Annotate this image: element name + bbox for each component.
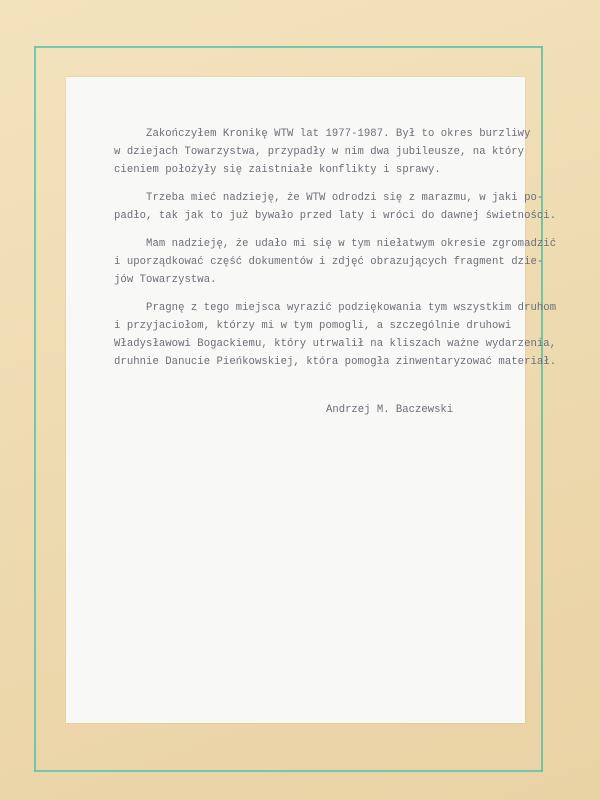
typed-sheet: Zakończyłem Kronikę WTW lat 1977-1987. B… <box>66 77 525 723</box>
text-line: druhnie Danucie Pieńkowskiej, która pomo… <box>114 353 514 371</box>
text-line: Zakończyłem Kronikę WTW lat 1977-1987. B… <box>114 125 514 143</box>
paragraph-1: Zakończyłem Kronikę WTW lat 1977-1987. B… <box>114 125 514 179</box>
text-line: padło, tak jak to już bywało przed laty … <box>114 207 514 225</box>
text-line: Mam nadzieję, że udało mi się w tym nieł… <box>114 235 514 253</box>
frame-line-right <box>541 46 543 772</box>
paragraph-4: Pragnę z tego miejsca wyrazić podziękowa… <box>114 299 514 371</box>
text-line: i uporządkować część dokumentów i zdjęć … <box>114 253 514 271</box>
letter-body: Zakończyłem Kronikę WTW lat 1977-1987. B… <box>114 125 514 381</box>
text-line: w dziejach Towarzystwa, przypadły w nim … <box>114 143 514 161</box>
text-line: cieniem położyły się zaistniałe konflikt… <box>114 161 514 179</box>
text-line: Trzeba mieć nadzieję, że WTW odrodzi się… <box>114 189 514 207</box>
signature: Andrzej M. Baczewski <box>326 404 453 416</box>
text-line: i przyjaciołom, którzy mi w tym pomogli,… <box>114 317 514 335</box>
frame-line-left <box>34 46 36 772</box>
paragraph-2: Trzeba mieć nadzieję, że WTW odrodzi się… <box>114 189 514 225</box>
text-line: Władysławowi Bogackiemu, który utrwalił … <box>114 335 514 353</box>
frame-line-bottom <box>34 770 543 772</box>
frame-line-top <box>35 46 543 48</box>
text-line: Pragnę z tego miejsca wyrazić podziękowa… <box>114 299 514 317</box>
text-line: jów Towarzystwa. <box>114 271 514 289</box>
paragraph-3: Mam nadzieję, że udało mi się w tym nieł… <box>114 235 514 289</box>
